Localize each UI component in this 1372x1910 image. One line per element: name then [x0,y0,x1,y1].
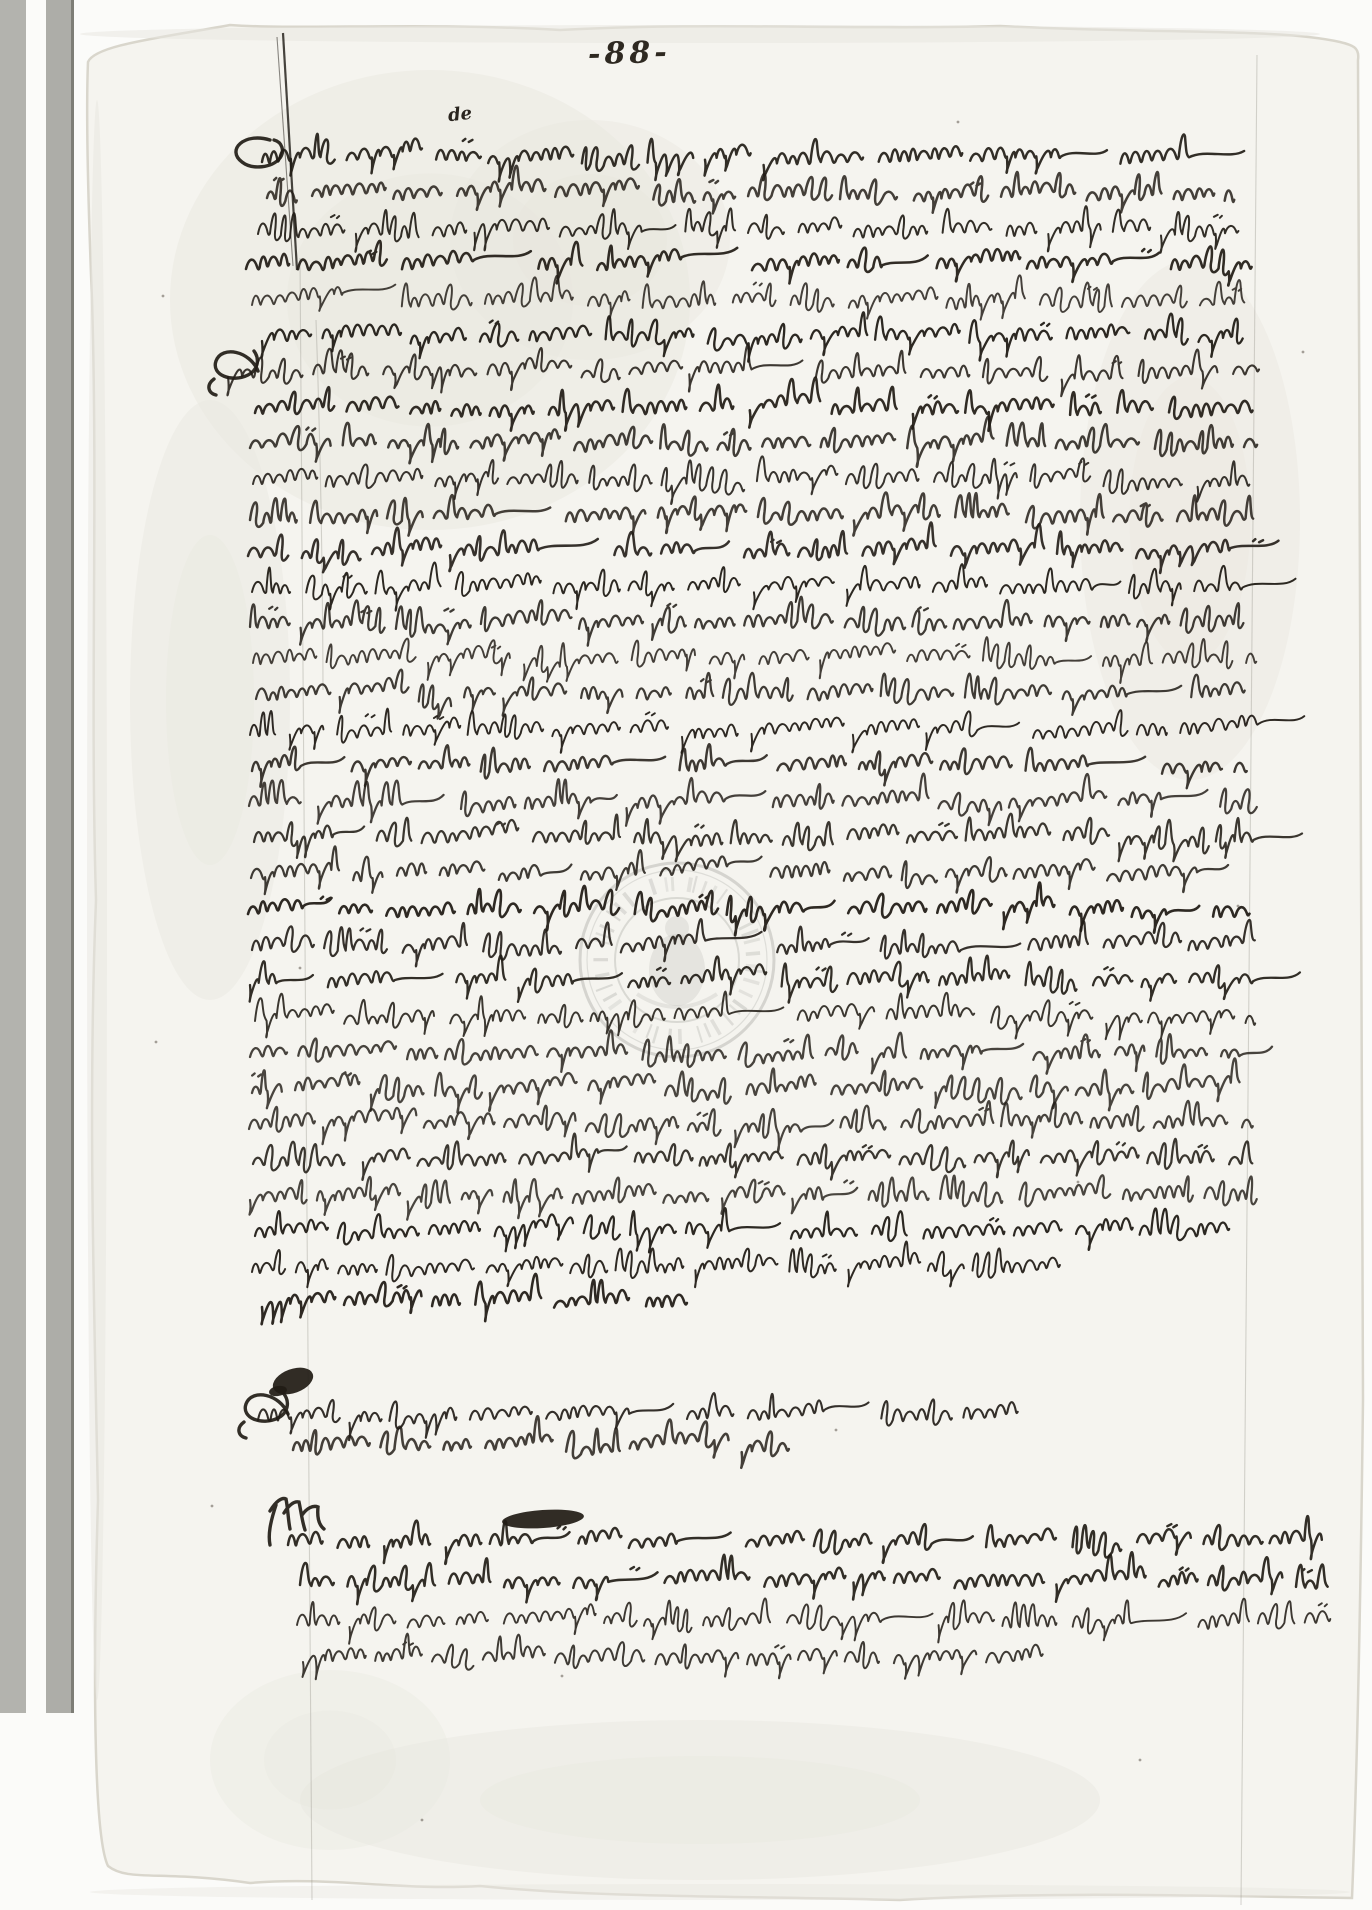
paper-speck [1139,1759,1142,1762]
paper-edge-shade-left [87,100,107,1700]
paper-stain [480,1756,920,1844]
stamp-rim-lettering-mark [680,1029,681,1044]
stamp-rim-lettering-mark [746,953,760,954]
paper-edge-shade-bottom [90,1884,1350,1900]
paper-speck [162,295,165,298]
scan-render-layer [0,0,1372,1910]
paper-stain [166,535,254,865]
paper-speck [1237,905,1240,908]
stamp-rim-lettering-mark [672,877,673,891]
paper-speck [1302,351,1305,354]
stamp-rim-lettering-mark [689,878,692,893]
handwriting-layer [0,0,1372,1910]
paper-speck [211,1505,214,1508]
superscript-annotation: de [447,103,473,126]
paper-speck [1077,1181,1080,1184]
paper-speck [421,1819,424,1822]
paper-speck [561,1675,564,1678]
paper-speck [957,121,960,124]
paper-speck [835,1429,838,1432]
paper-edge-shade-top [80,25,1320,43]
paper-speck [155,1041,158,1044]
page-number: -88- [588,35,672,72]
paper-stain [264,1711,396,1810]
paper-speck [299,967,302,970]
manuscript-scan-page: de -88- [0,0,1372,1910]
